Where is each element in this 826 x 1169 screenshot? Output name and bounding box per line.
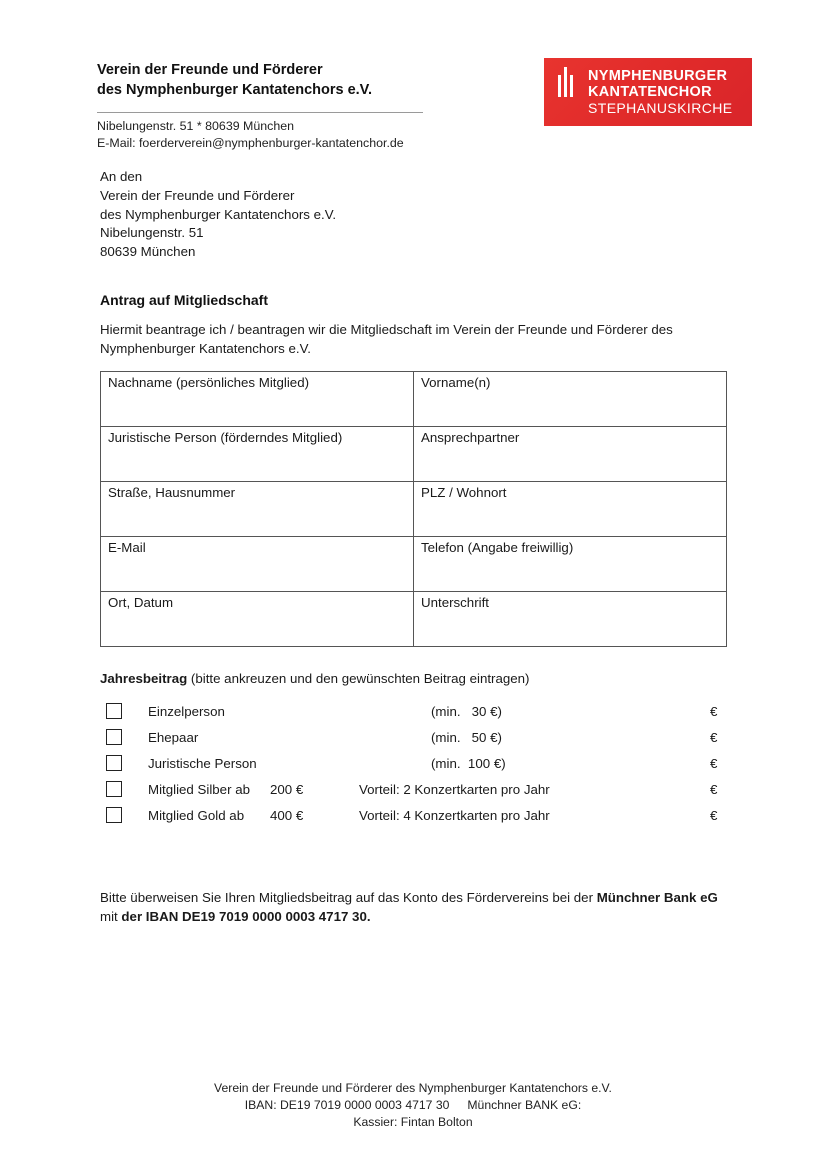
form-row: Juristische Person (förderndes Mitglied)… [101,427,727,482]
fee-option-gold: Mitglied Gold ab 400 € Vorteil: 4 Konzer… [100,806,730,828]
footer-iban: IBAN: DE19 7019 0000 0003 4717 30 [245,1098,450,1112]
fee-amount: 200 € [270,782,303,797]
footer-bank: Münchner BANK eG: [467,1098,581,1112]
checkbox[interactable] [106,781,122,797]
fee-label: Mitglied Silber ab [148,782,250,797]
fee-advantage: Vorteil: 2 Konzertkarten pro Jahr [359,782,550,797]
organ-pipes-icon [558,67,574,97]
fee-option-individual: Einzelperson (min. 30 €) € [100,702,730,724]
checkbox[interactable] [106,755,122,771]
recipient-line: des Nymphenburger Kantatenchors e.V. [100,206,336,225]
field-signature[interactable]: Unterschrift [414,592,727,647]
field-zip-city[interactable]: PLZ / Wohnort [414,482,727,537]
fee-minimum: (min. 30 €) [431,704,502,719]
fee-heading-bold: Jahresbeitrag [100,671,187,686]
logo-line3: STEPHANUSKIRCHE [588,100,732,116]
choir-logo: NYMPHENBURGER KANTATENCHOR STEPHANUSKIRC… [544,58,752,126]
fee-heading-note: (bitte ankreuzen und den gewünschten Bei… [187,671,529,686]
logo-line2: KANTATENCHOR [588,84,732,100]
recipient-line: Nibelungenstr. 51 [100,224,336,243]
sender-contact: Nibelungenstr. 51 * 80639 München E-Mail… [97,118,404,152]
payment-text: Bitte überweisen Sie Ihren Mitgliedsbeit… [100,890,597,905]
form-row: Nachname (persönliches Mitglied) Vorname… [101,372,727,427]
checkbox[interactable] [106,703,122,719]
iban: der IBAN DE19 7019 0000 0003 4717 30. [121,909,370,924]
footer-treasurer: Kassier: Fintan Bolton [0,1114,826,1131]
fee-amount: 400 € [270,808,303,823]
payment-instructions: Bitte überweisen Sie Ihren Mitgliedsbeit… [100,888,732,926]
field-legal-entity[interactable]: Juristische Person (förderndes Mitglied) [101,427,414,482]
fee-label: Einzelperson [148,704,225,719]
fee-option-legal-entity: Juristische Person (min. 100 €) € [100,754,730,776]
bank-name: Münchner Bank eG [597,890,718,905]
intro-text: Hiermit beantrage ich / beantragen wir d… [100,320,732,358]
fee-minimum: (min. 100 €) [431,756,506,771]
sender-name-line2: des Nymphenburger Kantatenchors e.V. [97,80,372,100]
field-email[interactable]: E-Mail [101,537,414,592]
logo-text: NYMPHENBURGER KANTATENCHOR STEPHANUSKIRC… [588,68,732,116]
field-phone[interactable]: Telefon (Angabe freiwillig) [414,537,727,592]
recipient-line: Verein der Freunde und Förderer [100,187,336,206]
sender-divider [97,112,423,113]
field-last-name[interactable]: Nachname (persönliches Mitglied) [101,372,414,427]
fee-option-silver: Mitglied Silber ab 200 € Vorteil: 2 Konz… [100,780,730,802]
form-row: Ort, Datum Unterschrift [101,592,727,647]
recipient-line: 80639 München [100,243,336,262]
membership-form-table: Nachname (persönliches Mitglied) Vorname… [100,371,727,647]
fee-advantage: Vorteil: 4 Konzertkarten pro Jahr [359,808,550,823]
page-footer: Verein der Freunde und Förderer des Nymp… [0,1080,826,1131]
checkbox[interactable] [106,807,122,823]
fee-option-couple: Ehepaar (min. 50 €) € [100,728,730,750]
fee-label: Mitglied Gold ab [148,808,244,823]
field-contact-person[interactable]: Ansprechpartner [414,427,727,482]
recipient-address: An den Verein der Freunde und Förderer d… [100,168,336,262]
footer-bank-line: IBAN: DE19 7019 0000 0003 4717 30Münchne… [0,1097,826,1114]
currency-symbol: € [710,704,717,719]
fee-minimum: (min. 50 €) [431,730,502,745]
sender-email: E-Mail: foerderverein@nymphenburger-kant… [97,135,404,152]
sender-address: Nibelungenstr. 51 * 80639 München [97,118,404,135]
currency-symbol: € [710,756,717,771]
field-first-name[interactable]: Vorname(n) [414,372,727,427]
fee-label: Ehepaar [148,730,198,745]
fee-label: Juristische Person [148,756,257,771]
currency-symbol: € [710,730,717,745]
form-row: E-Mail Telefon (Angabe freiwillig) [101,537,727,592]
sender-name-line1: Verein der Freunde und Förderer [97,60,372,80]
payment-text: mit [100,909,121,924]
form-row: Straße, Hausnummer PLZ / Wohnort [101,482,727,537]
field-place-date[interactable]: Ort, Datum [101,592,414,647]
recipient-line: An den [100,168,336,187]
field-street[interactable]: Straße, Hausnummer [101,482,414,537]
currency-symbol: € [710,808,717,823]
sender-name: Verein der Freunde und Förderer des Nymp… [97,60,372,100]
footer-org: Verein der Freunde und Förderer des Nymp… [0,1080,826,1097]
checkbox[interactable] [106,729,122,745]
page-title: Antrag auf Mitgliedschaft [100,292,268,308]
fee-heading: Jahresbeitrag (bitte ankreuzen und den g… [100,671,529,686]
currency-symbol: € [710,782,717,797]
logo-line1: NYMPHENBURGER [588,68,732,84]
